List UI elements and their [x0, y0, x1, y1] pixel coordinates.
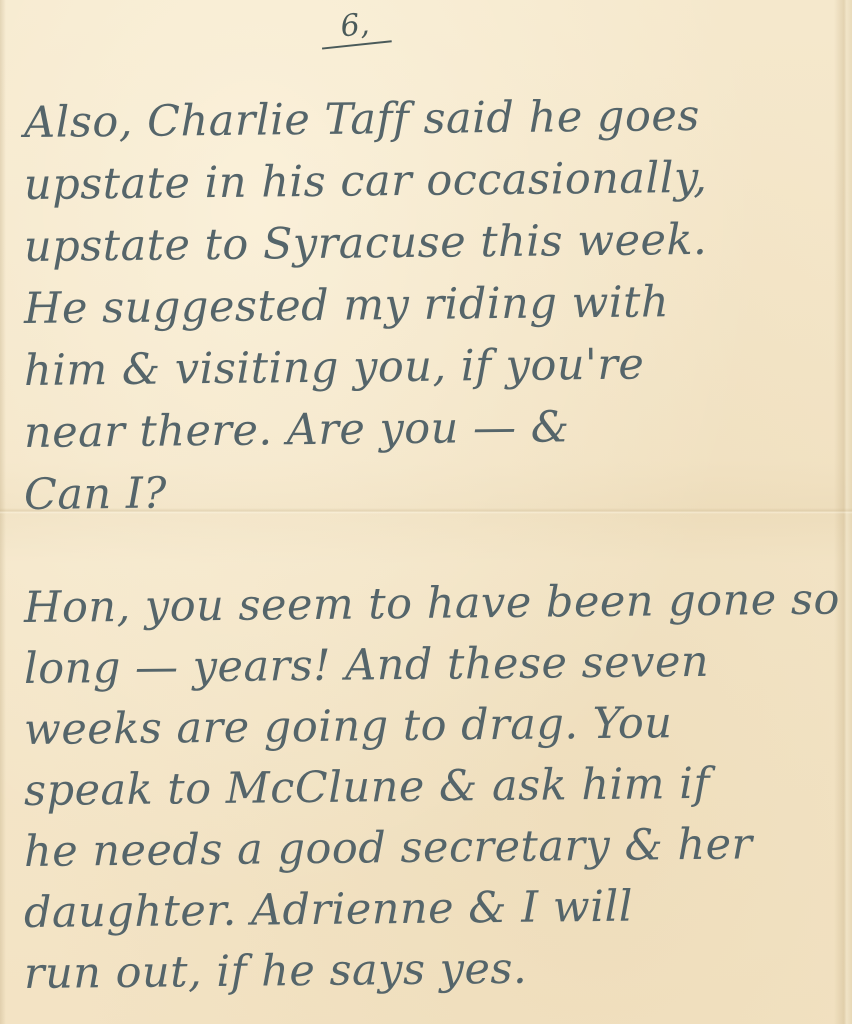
text-line: upstate to Syracuse this week. [24, 208, 835, 278]
page-number: 6, [318, 4, 392, 49]
paragraph-1: Also, Charlie Taff said he goes upstate … [24, 92, 834, 526]
text-line: Can I? [24, 456, 835, 526]
text-line: speak to McClune & ask him if [24, 753, 835, 822]
paragraph-2: Hon, you seem to have been gone so long … [24, 578, 834, 1005]
text-line: weeks are going to drag. You [24, 692, 835, 761]
text-line: He suggested my riding with [24, 270, 835, 340]
text-line: upstate in his car occasionally, [24, 146, 835, 216]
text-line: Also, Charlie Taff said he goes [24, 84, 835, 154]
text-line: daughter. Adrienne & I will [24, 875, 835, 944]
text-line: run out, if he says yes. [24, 936, 835, 1005]
text-line: near there. Are you — & [24, 394, 835, 464]
text-line: he needs a good secretary & her [24, 814, 835, 883]
letter-page: 6, Also, Charlie Taff said he goes upsta… [0, 0, 852, 1024]
text-line: him & visiting you, if you're [24, 332, 835, 402]
text-line: long — years! And these seven [24, 631, 835, 700]
text-line: Hon, you seem to have been gone so [24, 570, 835, 639]
